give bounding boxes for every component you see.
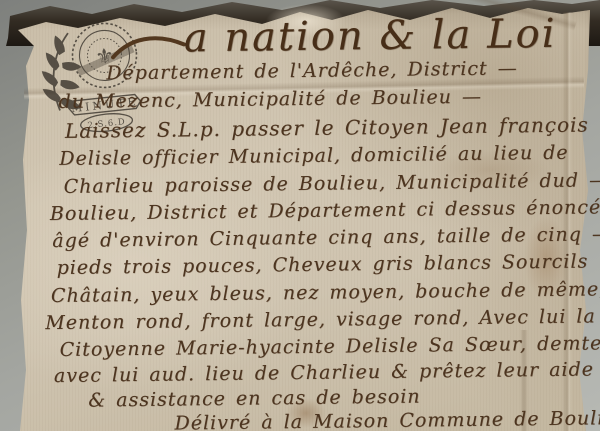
manuscript-line: avec lui aud. lieu de Charlieu & prêtez … — [54, 358, 594, 387]
manuscript-line: Menton rond, front large, visage rond, A… — [45, 305, 600, 334]
handwritten-text-block: a nation & la Loi Département de l'Ardêc… — [0, 0, 600, 431]
photographed-manuscript: ⚜ MINUTE 2.S.6.D a nation & la Loi Dépar… — [0, 0, 600, 431]
manuscript-line: Délivré à la Maison Commune de Boulieu c… — [174, 407, 600, 431]
document-title: a nation & la Loi — [184, 11, 557, 62]
manuscript-line: Châtain, yeux bleus, nez moyen, bouche d… — [51, 278, 600, 307]
manuscript-line: Boulieu, District et Département ci dess… — [50, 196, 600, 225]
manuscript-line: du Mezenc, Municipalité de Boulieu — — [58, 86, 482, 113]
manuscript-line: Laissez S.L.p. passer le Citoyen Jean fr… — [65, 112, 589, 142]
manuscript-line: Delisle officier Municipal, domicilié au… — [59, 142, 569, 170]
manuscript-line: Département de l'Ardêche, District — — [106, 57, 518, 84]
title-flourish-icon — [110, 31, 188, 62]
manuscript-line: pieds trois pouces, Cheveux gris blancs … — [56, 250, 588, 278]
manuscript-line: âgé d'environ Cinquante cinq ans, taille… — [52, 223, 600, 252]
manuscript-line: Citoyenne Marie-hyacinte Delisle Sa Sœur… — [59, 332, 600, 361]
manuscript-line: Charlieu paroisse de Boulieu, Municipali… — [63, 169, 600, 198]
manuscript-line: & assistance en cas de besoin — [88, 386, 421, 412]
